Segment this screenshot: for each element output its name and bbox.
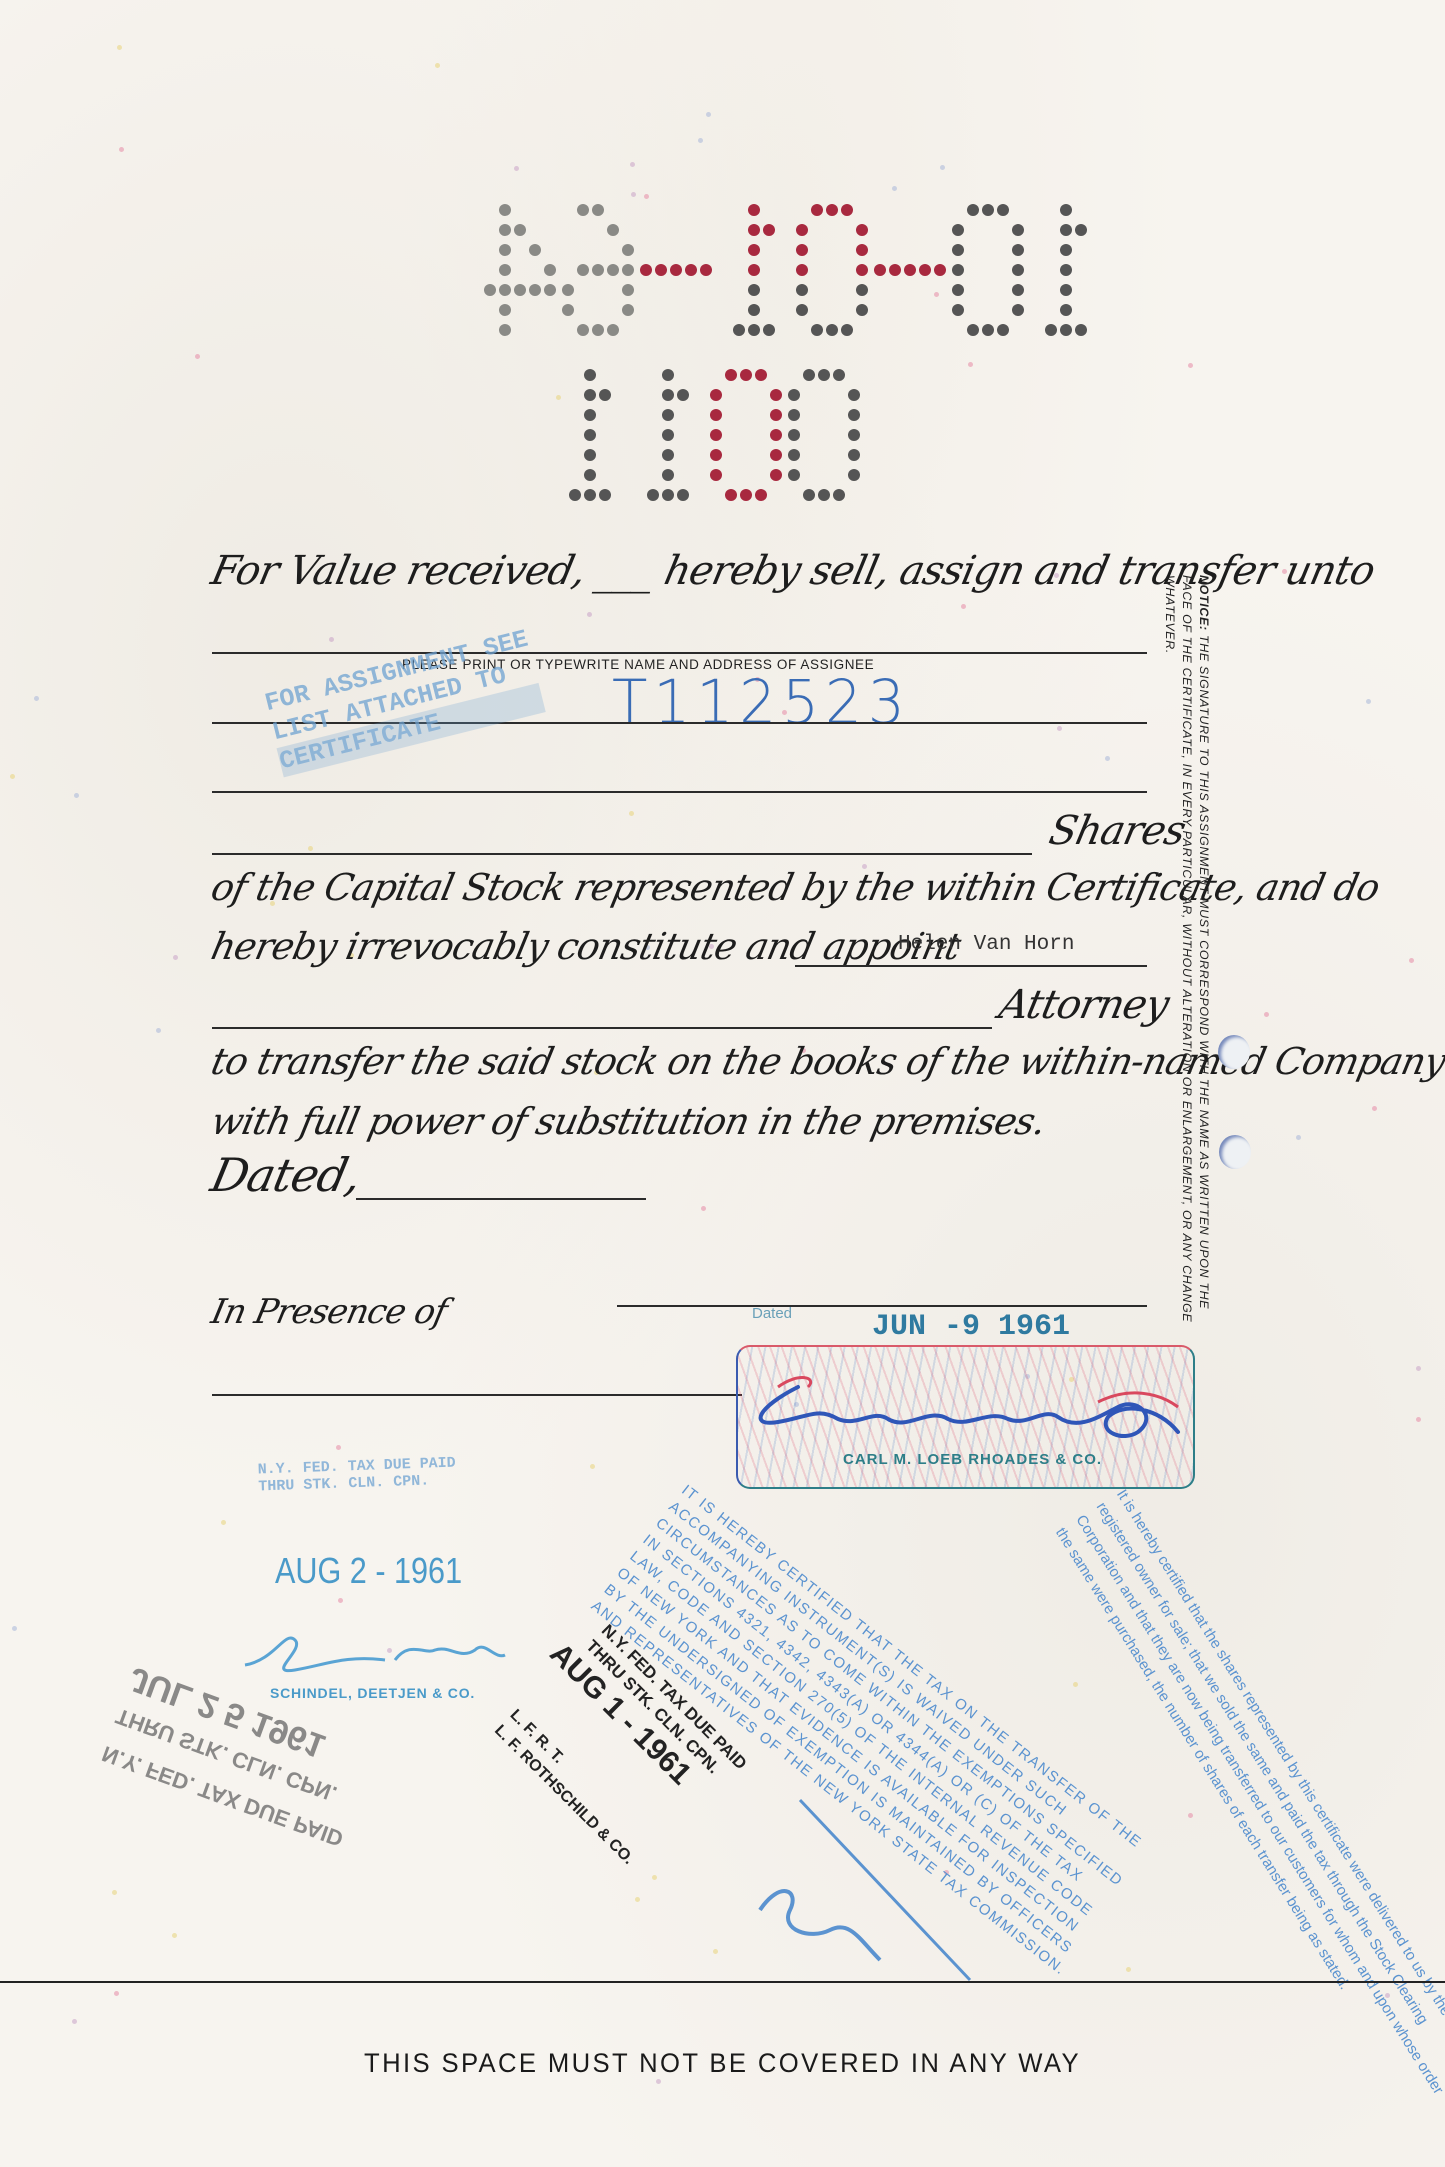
attorney-line bbox=[212, 1027, 992, 1029]
witness-line bbox=[212, 1394, 742, 1396]
attorney-label: Attorney bbox=[995, 982, 1172, 1028]
paper-speck bbox=[336, 1445, 341, 1450]
paper-speck bbox=[1126, 1967, 1131, 1972]
paper-speck bbox=[656, 2079, 661, 2084]
paper-speck bbox=[1188, 1813, 1193, 1818]
appoint-line: hereby irrevocably constitute and appoin… bbox=[207, 925, 963, 968]
assignee-line-1 bbox=[212, 652, 1147, 654]
paper-speck bbox=[629, 811, 634, 816]
assignee-line-3 bbox=[212, 791, 1147, 793]
signature-notice: NOTICE: THE SIGNATURE TO THIS ASSIGNMENT… bbox=[1161, 575, 1212, 1335]
paper-speck bbox=[1057, 726, 1062, 731]
paper-speck bbox=[72, 2019, 77, 2024]
paper-speck bbox=[329, 637, 334, 642]
paper-speck bbox=[10, 774, 15, 779]
paper-speck bbox=[1366, 699, 1371, 704]
cancellation-perforation bbox=[0, 0, 1445, 560]
paper-speck bbox=[112, 1890, 117, 1895]
paper-speck bbox=[1416, 1417, 1421, 1422]
paper-speck bbox=[961, 604, 966, 609]
ny-fed-tax-paid-stamp: N.Y. FED. TAX DUE PAID THRU STK. CLN. CP… bbox=[257, 1455, 456, 1496]
dated-label: Dated, bbox=[206, 1148, 366, 1202]
aug-2-1961-date-stamp: AUG 2 - 1961 bbox=[275, 1550, 462, 1592]
schindel-firm-name: SCHINDEL, DEETJEN & CO. bbox=[270, 1685, 475, 1701]
paper-speck bbox=[173, 955, 178, 960]
appoint-name-line bbox=[795, 965, 1147, 967]
assignee-handwritten-number: T112523 bbox=[612, 666, 911, 737]
notice-heading: NOTICE: bbox=[1197, 575, 1211, 631]
shares-line bbox=[212, 853, 1032, 855]
transfer-line: to transfer the said stock on the books … bbox=[207, 1040, 1445, 1083]
in-presence-of-label: In Presence of bbox=[208, 1292, 450, 1332]
dated-stamp-jun-9-1961: JUN -9 1961 bbox=[872, 1310, 1070, 1344]
dated-line bbox=[356, 1198, 646, 1200]
cancellation-hole bbox=[1218, 1035, 1250, 1069]
paper-speck bbox=[308, 846, 313, 851]
paper-speck bbox=[172, 1933, 177, 1938]
reserved-space-notice: THIS SPACE MUST NOT BE COVERED IN ANY WA… bbox=[36, 2048, 1409, 2079]
cancellation-hole bbox=[1219, 1135, 1251, 1169]
paper-speck bbox=[701, 1206, 706, 1211]
attorney-name: Helen Van Horn bbox=[898, 933, 1074, 956]
certification-signature bbox=[740, 1790, 1000, 1990]
reserved-space-divider bbox=[0, 1981, 1445, 1983]
paper-speck bbox=[590, 1464, 595, 1469]
dated-small-stamp: Dated bbox=[752, 1305, 792, 1322]
substitution-line: with full power of substitution in the p… bbox=[207, 1100, 1049, 1143]
paper-speck bbox=[1416, 1366, 1421, 1371]
signature-guarantee-stamp: CARL M. LOEB RHOADES & CO. bbox=[736, 1345, 1195, 1489]
guarantor-firm-name: CARL M. LOEB RHOADES & CO. bbox=[843, 1451, 1102, 1468]
signature-line bbox=[617, 1305, 1147, 1307]
schindel-signature bbox=[235, 1620, 515, 1690]
notice-text: THE SIGNATURE TO THIS ASSIGNMENT MUST CO… bbox=[1163, 575, 1211, 1322]
paper-speck bbox=[156, 1028, 161, 1033]
